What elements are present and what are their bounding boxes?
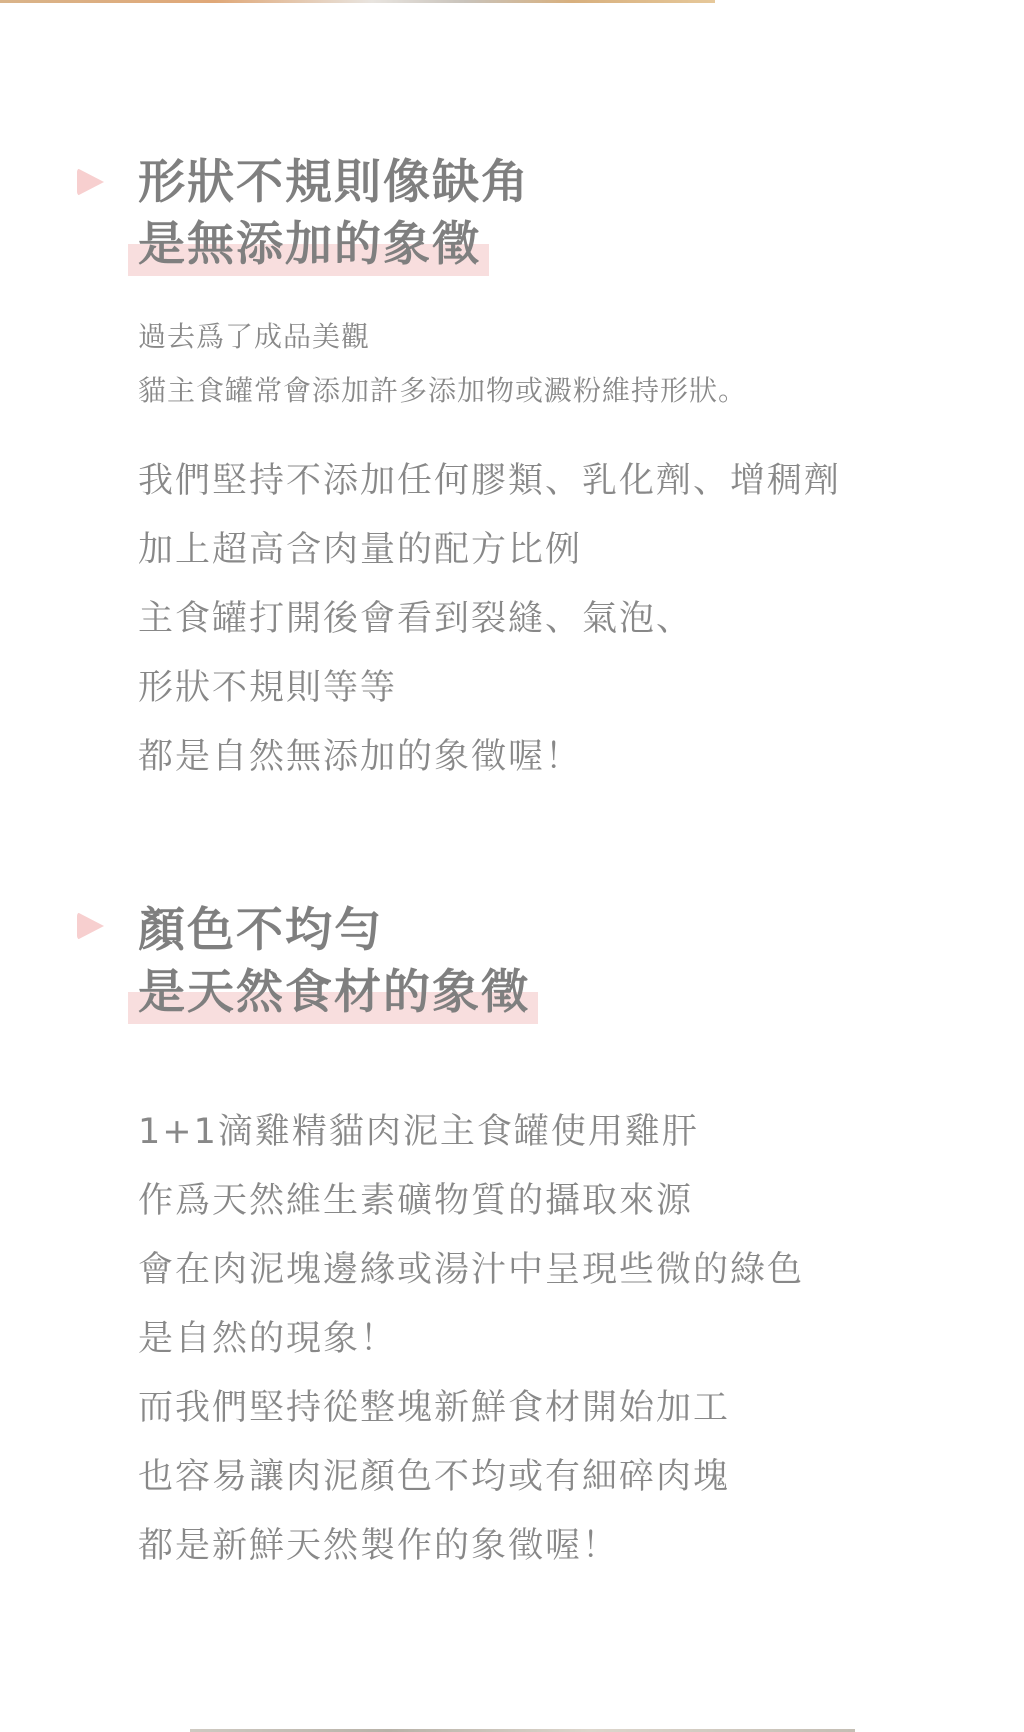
body-line: 1+1滴雞精貓肉泥主食罐使用雞肝 bbox=[138, 1098, 804, 1167]
body-paragraph: 我們堅持不添加任何膠類、乳化劑、增稠劑 加上超高含肉量的配方比例 主食罐打開後會… bbox=[138, 447, 841, 792]
triangle-right-icon bbox=[77, 168, 104, 196]
headline-line-1: 形狀不規則像缺角 bbox=[138, 152, 530, 214]
headline-line-1: 顏色不均勻 bbox=[138, 900, 530, 962]
body-line: 都是自然無添加的象徵喔！ bbox=[138, 723, 841, 792]
section-headline: 形狀不規則像缺角 是無添加的象徵 bbox=[138, 152, 530, 276]
body-line: 都是新鮮天然製作的象徵喔！ bbox=[138, 1512, 804, 1581]
intro-paragraph: 過去爲了成品美觀 貓主食罐常會添加許多添加物或澱粉維持形狀。 bbox=[138, 310, 747, 418]
body-line: 形狀不規則等等 bbox=[138, 654, 841, 723]
body-line: 而我們堅持從整塊新鮮食材開始加工 bbox=[138, 1374, 804, 1443]
headline-highlight: 是無添加的象徵 bbox=[138, 214, 481, 276]
intro-line: 過去爲了成品美觀 bbox=[138, 310, 747, 364]
section-headline: 顏色不均勻 是天然食材的象徵 bbox=[138, 900, 530, 1024]
body-line: 加上超高含肉量的配方比例 bbox=[138, 516, 841, 585]
body-line: 作爲天然維生素礦物質的攝取來源 bbox=[138, 1167, 804, 1236]
triangle-right-icon bbox=[77, 912, 104, 940]
intro-line: 貓主食罐常會添加許多添加物或澱粉維持形狀。 bbox=[138, 364, 747, 418]
body-line: 我們堅持不添加任何膠類、乳化劑、增稠劑 bbox=[138, 447, 841, 516]
body-paragraph: 1+1滴雞精貓肉泥主食罐使用雞肝 作爲天然維生素礦物質的攝取來源 會在肉泥塊邊緣… bbox=[138, 1098, 804, 1581]
body-line: 主食罐打開後會看到裂縫、氣泡、 bbox=[138, 585, 841, 654]
body-line: 會在肉泥塊邊緣或湯汁中呈現些微的綠色 bbox=[138, 1236, 804, 1305]
top-image-edge bbox=[0, 0, 715, 3]
headline-highlight: 是天然食材的象徵 bbox=[138, 962, 530, 1024]
body-line: 是自然的現象！ bbox=[138, 1305, 804, 1374]
body-line: 也容易讓肉泥顏色不均或有細碎肉塊 bbox=[138, 1443, 804, 1512]
